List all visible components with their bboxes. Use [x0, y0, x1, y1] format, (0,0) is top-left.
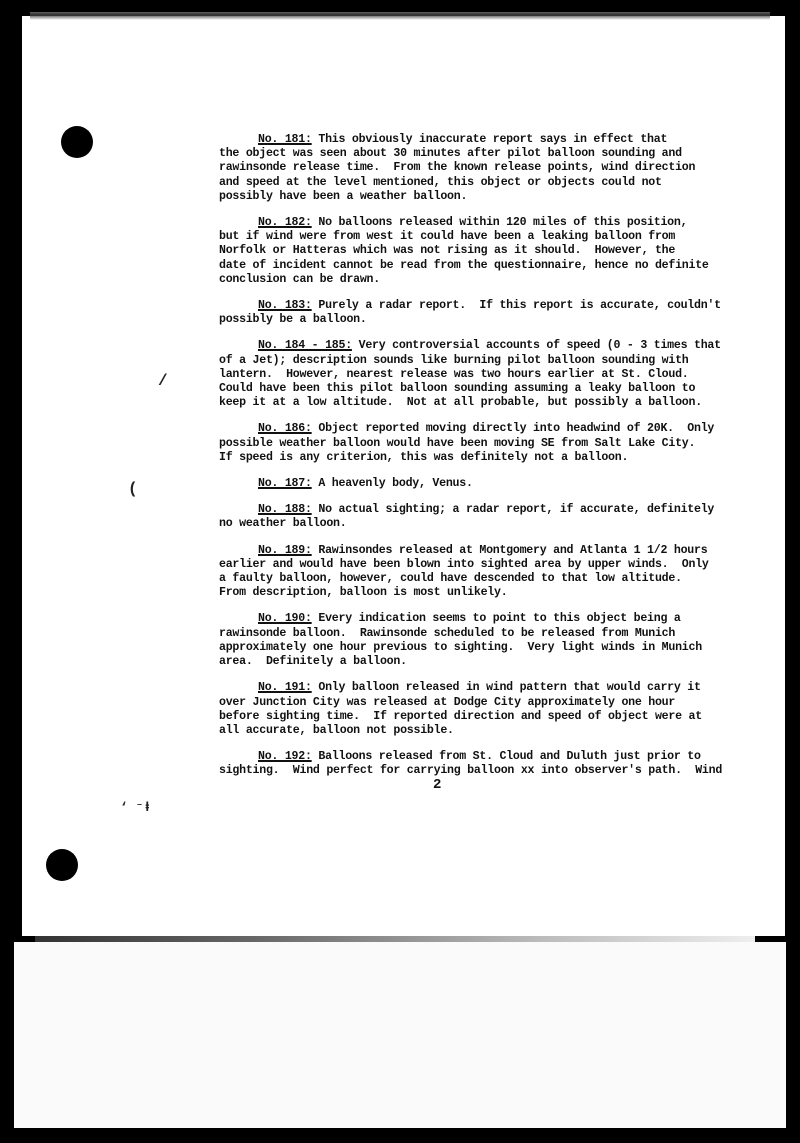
underlying-sheet [14, 942, 786, 1128]
paragraph-187: No. 187: A heavenly body, Venus. [249, 477, 749, 491]
paragraph-191: No. 191: Only balloon released in wind p… [249, 681, 749, 738]
item-number: No. 191: [258, 681, 312, 694]
document-body: No. 181: This obviously inaccurate repor… [249, 133, 749, 791]
paragraph-192: No. 192: Balloons released from St. Clou… [249, 750, 749, 778]
punch-hole-bottom [46, 849, 78, 881]
item-number: No. 183: [258, 299, 312, 312]
item-number: No. 182: [258, 216, 312, 229]
item-number: No. 189: [258, 544, 312, 557]
item-number: No. 184 - 185: [258, 339, 352, 352]
item-number: No. 181: [258, 133, 312, 146]
paragraph-186: No. 186: Object reported moving directly… [249, 422, 749, 465]
scan-top-edge [30, 12, 770, 20]
page-number: 2 [433, 777, 441, 793]
item-number: No. 188: [258, 503, 312, 516]
margin-mark: / [158, 372, 168, 390]
punch-hole-top [61, 126, 93, 158]
paragraph-181: No. 181: This obviously inaccurate repor… [249, 133, 749, 204]
paragraph-184-185: No. 184 - 185: Very controversial accoun… [249, 339, 749, 410]
item-number: No. 192: [258, 750, 312, 763]
item-number: No. 187: [258, 477, 312, 490]
paragraph-183: No. 183: Purely a radar report. If this … [249, 299, 749, 327]
paragraph-182: No. 182: No balloons released within 120… [249, 216, 749, 287]
paragraph-189: No. 189: Rawinsondes released at Montgom… [249, 544, 749, 601]
margin-mark: ( [128, 480, 138, 498]
paragraph-190: No. 190: Every indication seems to point… [249, 612, 749, 669]
paragraph-188: No. 188: No actual sighting; a radar rep… [249, 503, 749, 531]
item-number: No. 190: [258, 612, 312, 625]
margin-mark: ‘ ⁻ⱡ [120, 800, 151, 815]
item-number: No. 186: [258, 422, 312, 435]
